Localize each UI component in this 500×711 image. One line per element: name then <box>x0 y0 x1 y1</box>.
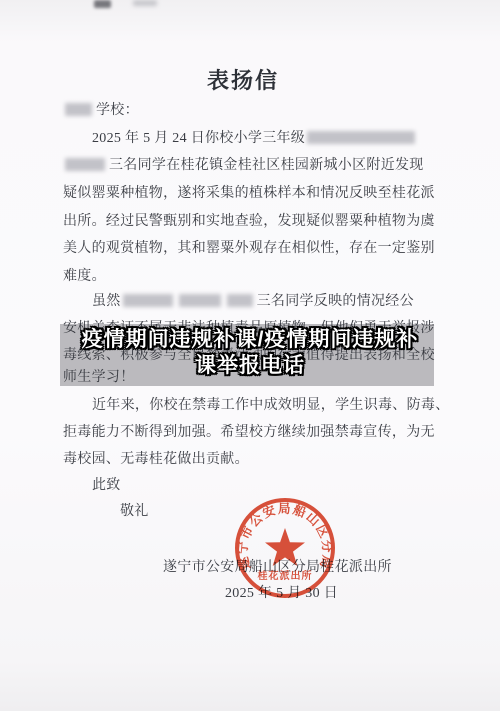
letter-line: 近年来，你校在禁毒工作中成效明显，学生识毒、防毒、 <box>63 397 450 415</box>
letter-line: 难度。 <box>63 268 106 286</box>
letter-line: 学校： <box>63 102 139 120</box>
letter-text: 近年来，你校在禁毒工作中成效明显，学生识毒、防毒、 <box>92 398 450 413</box>
letter-text: 此致 <box>92 478 121 493</box>
letter-text: 拒毒能力不断得到加强。希望校方继续加强禁毒宣传，为无 <box>63 425 435 440</box>
letter-line: 此致 <box>63 477 121 495</box>
letter-line: 美人的观赏植物，其和罂粟外观存在相似性，存在一定鉴别 <box>63 240 435 258</box>
letter-line: 虽然三名同学反映的情况经公 <box>63 293 414 311</box>
letter-text: 三名同学在桂花镇金桂社区桂园新城小区附近发现 <box>109 158 424 173</box>
top-redaction-smudge <box>94 0 111 8</box>
seal-star-icon <box>265 528 305 566</box>
letter-title: 表扬信 <box>0 64 486 95</box>
redaction-blur <box>123 294 173 307</box>
seal-bottom-text: 桂花派出所 <box>258 569 313 582</box>
letter-document: 表扬信 学校：2025 年 5 月 24 日你校小学三年级三名同学在桂花镇金桂社… <box>0 0 500 711</box>
letter-text: 学校： <box>96 103 139 118</box>
letter-text: 三名同学反映的情况经公 <box>257 294 414 309</box>
police-seal-stamp: 遂宁市公安局船山区分局 桂花派出所 <box>232 495 338 601</box>
redaction-blur <box>227 294 253 307</box>
letter-line: 疑似罂粟种植物，遂将采集的植株样本和情况反映至桂花派 <box>63 185 435 203</box>
letter-line: 三名同学在桂花镇金桂社区桂园新城小区附近发现 <box>63 157 424 175</box>
letter-line: 敬礼 <box>63 503 149 521</box>
redaction-blur <box>65 158 105 171</box>
caption-overlay: 疫情期间违规补课/疫情期间违规补 课举报电话 <box>28 327 472 379</box>
top-redaction-smudge-2 <box>133 0 157 6</box>
letter-text: 2025 年 5 月 24 日你校小学三年级 <box>92 131 305 146</box>
redaction-blur <box>65 103 92 116</box>
letter-text: 敬礼 <box>120 504 149 519</box>
caption-line-1: 疫情期间违规补课/疫情期间违规补 <box>28 327 472 353</box>
letter-line: 出所。经过民警甄别和实地查验，发现疑似罂粟种植物为虞 <box>63 213 435 231</box>
letter-line: 2025 年 5 月 24 日你校小学三年级 <box>63 130 419 148</box>
letter-text: 美人的观赏植物，其和罂粟外观存在相似性，存在一定鉴别 <box>63 241 435 256</box>
letter-text: 毒校园、无毒桂花做出贡献。 <box>63 452 249 467</box>
letter-line: 拒毒能力不断得到加强。希望校方继续加强禁毒宣传，为无 <box>63 424 435 442</box>
letter-text: 虽然 <box>92 294 121 309</box>
letter-text: 难度。 <box>63 269 106 284</box>
letter-text: 出所。经过民警甄别和实地查验，发现疑似罂粟种植物为虞 <box>63 214 435 229</box>
redaction-blur <box>307 131 415 144</box>
redaction-blur <box>179 294 221 307</box>
letter-text: 疑似罂粟种植物，遂将采集的植株样本和情况反映至桂花派 <box>63 186 435 201</box>
caption-line-2: 课举报电话 <box>28 353 472 379</box>
letter-line: 毒校园、无毒桂花做出贡献。 <box>63 451 249 469</box>
